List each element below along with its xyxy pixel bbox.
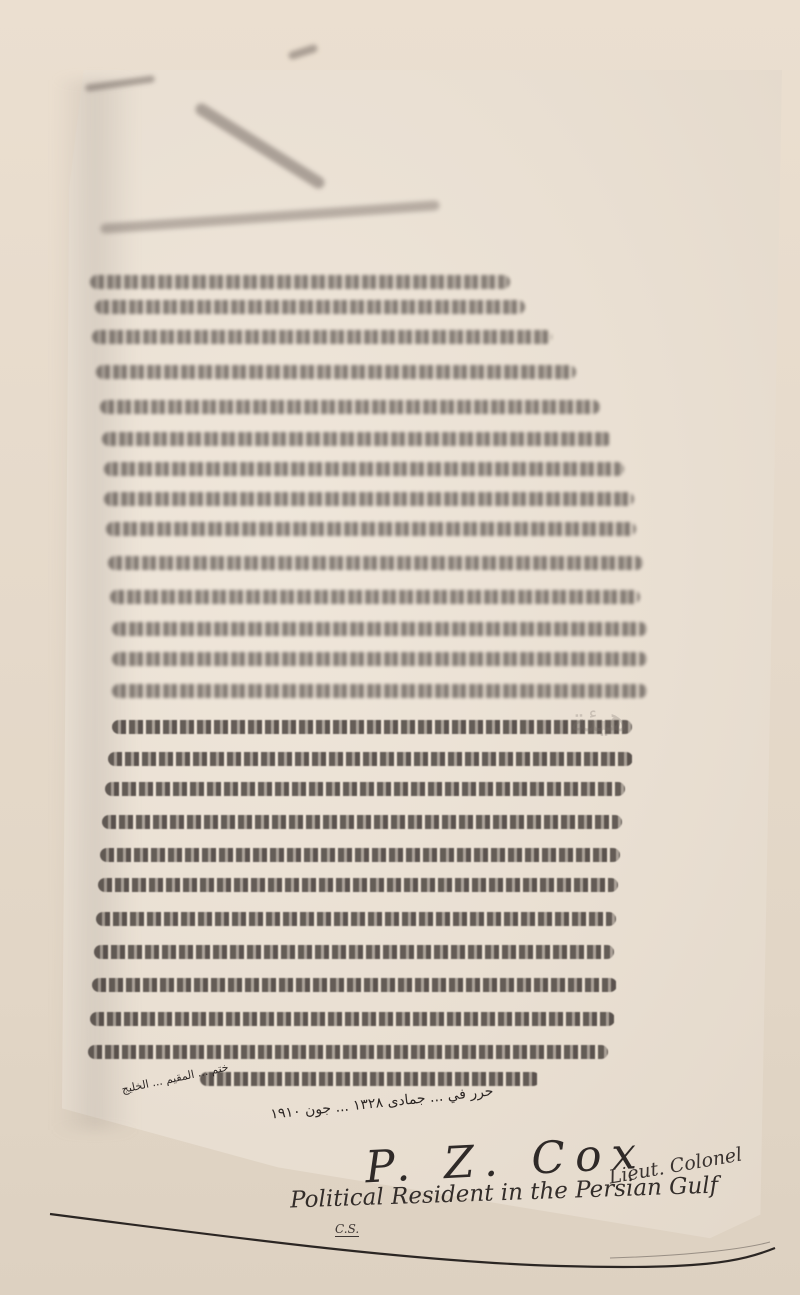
- document-photo: هيئة حرر في ... جمادى ١٣٢٨ ... جون ١٩١٠ …: [0, 0, 800, 1295]
- page-edge-line: [0, 0, 800, 1295]
